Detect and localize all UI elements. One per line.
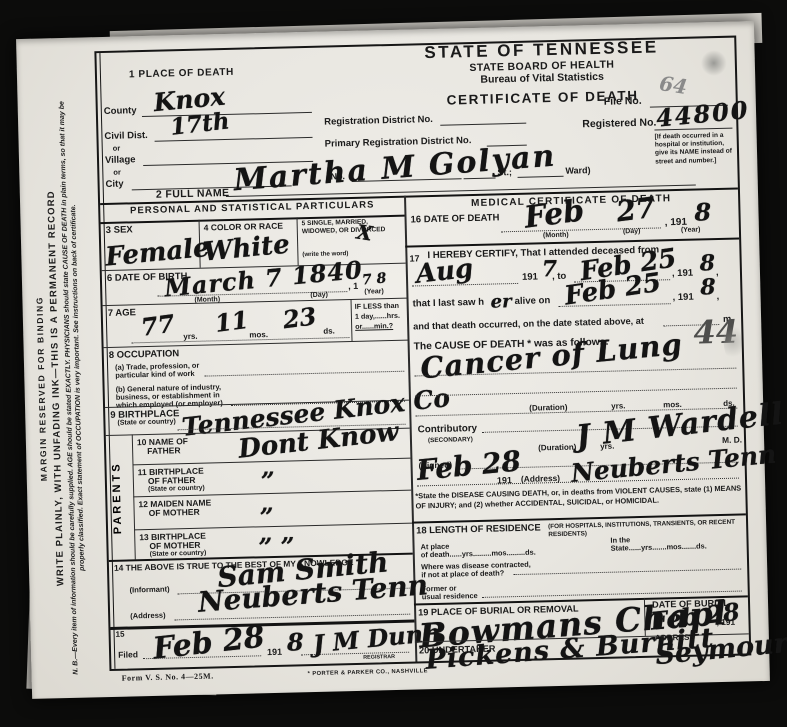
- last-saw-text: that I last saw h: [413, 298, 485, 310]
- less-than-line3: or......min.?: [355, 322, 393, 331]
- filed-year-print: 191: [267, 647, 282, 657]
- cause-line2: [415, 388, 737, 397]
- occupation-a-line: [204, 371, 404, 377]
- violent-causes-note: *State the DISEASE CAUSING DEATH, or, in…: [415, 484, 741, 511]
- occupation-label: 8 OCCUPATION: [109, 349, 180, 361]
- occupation-a-line2: particular kind of work: [115, 370, 194, 380]
- full-name-value: Martha M Golyan: [233, 142, 558, 197]
- dod-label: 16 DATE OF DEATH: [410, 213, 499, 226]
- certificate-form: 1 PLACE OF DEATH County Knox Civil Dist.…: [94, 36, 751, 672]
- birthplace-note: (State or country): [117, 418, 176, 427]
- mother-name-label2: OF MOTHER: [149, 508, 200, 519]
- pencil-mark-64: 64: [658, 73, 689, 97]
- ward-label: Ward): [565, 165, 590, 176]
- duration-label-2: (Duration): [538, 444, 576, 454]
- residence-note: (FOR HOSPITALS, INSTITUTIONS, TRANSIENTS…: [548, 518, 744, 539]
- county-label: County: [104, 106, 137, 117]
- dod-month-value: Feb: [523, 196, 586, 233]
- from-year-print: 191: [522, 272, 538, 283]
- printer-credit: * PORTER & PARKER CO., NASHVILLE: [308, 668, 428, 677]
- burial-year-print: , 191: [716, 618, 735, 628]
- hospital-note: [If death occurred in a hospital or inst…: [655, 131, 740, 166]
- father-bpl-value: ”: [261, 469, 275, 493]
- certificate-title: CERTIFICATE OF DEATH: [397, 86, 687, 108]
- dod-year-label: (Year): [681, 226, 701, 234]
- to-year-hand: 8: [699, 252, 715, 274]
- sex-value: Female: [104, 235, 210, 271]
- in-the-line2: State......yrs.......mos.......ds.: [611, 542, 707, 553]
- binding-margin-text: MARGIN RESERVED FOR BINDING WRITE PLAINL…: [29, 88, 90, 689]
- age-ds-value: 23: [282, 304, 318, 332]
- dod-day-label: (Day): [623, 228, 641, 236]
- state-header-block: STATE OF TENNESSEE STATE BOARD OF HEALTH…: [396, 37, 687, 109]
- registration-district-line: [440, 123, 526, 126]
- contracted-line: [513, 569, 741, 576]
- to-comma: ,: [716, 268, 719, 279]
- filed-num: 15: [116, 631, 125, 640]
- age-ds-label: ds.: [323, 327, 335, 336]
- father-name-label2: FATHER: [147, 446, 181, 456]
- registered-no-label: Registered No.: [582, 117, 656, 131]
- her-hand-value: er: [490, 293, 511, 312]
- contributory-label: Contributory: [418, 424, 478, 436]
- marital-label: 5 SINGLE, MARRIED, WIDOWED, OR DIVORCED: [302, 218, 388, 237]
- form-number: Form V. S. No. 4—25M.: [122, 672, 214, 683]
- alive-on-text: alive on: [514, 296, 550, 308]
- less-than-line2: 1 day,......hrs.: [355, 312, 400, 321]
- ward-line: [518, 176, 564, 178]
- less-than-line1: IF LESS than: [355, 302, 400, 311]
- occurred-text: and that death occurred, on the date sta…: [413, 316, 644, 332]
- civil-dist-label: Civil Dist.: [104, 131, 148, 143]
- residence-label: 18 LENGTH OF RESIDENCE: [416, 522, 541, 536]
- dod-day-value: 27: [615, 194, 657, 227]
- filed-label: Filed: [118, 650, 138, 660]
- registrar-label: REGISTRAR: [363, 654, 395, 661]
- race-marital-divider: [296, 217, 298, 265]
- last-year-hand: 8: [700, 276, 716, 298]
- filed-year-hand: 8: [287, 630, 304, 654]
- marital-value: X: [355, 222, 373, 244]
- city-label: City: [106, 180, 124, 191]
- last-comma: ,: [716, 292, 719, 303]
- attended-from-value: Aug: [415, 256, 475, 288]
- dod-year-hand: 8: [694, 200, 711, 224]
- age-mos-value: 11: [214, 308, 250, 336]
- or-label-2: or: [113, 169, 121, 178]
- age-less-divider: [350, 299, 352, 341]
- contracted-line2: if not at place of death?: [421, 569, 504, 579]
- duration-yrs-2: yrs.: [600, 443, 614, 452]
- civil-dist-value: 17th: [169, 109, 231, 138]
- age-yrs-value: 77: [140, 312, 176, 340]
- informant-label: (Informant): [129, 586, 169, 595]
- father-bpl-note: (State or country): [148, 485, 205, 494]
- village-label: Village: [105, 155, 136, 166]
- file-no-label: File No.: [604, 96, 642, 109]
- sex-label: 3 SEX: [106, 225, 133, 236]
- dob-year-label: (Year): [364, 288, 384, 296]
- scanned-death-certificate: { "margin": { "binding": "MARGIN RESERVE…: [0, 0, 787, 727]
- dob-year-print: , 1: [348, 281, 358, 291]
- age-label: 7 AGE: [108, 308, 136, 319]
- to-year-print: , 191: [672, 269, 693, 280]
- place-of-death-heading: 1 PLACE OF DEATH: [129, 67, 234, 81]
- last-year-print: , 191: [672, 293, 693, 304]
- registered-no-value: 44800: [655, 98, 750, 131]
- parents-side-label: PARENTS: [110, 435, 125, 561]
- dod-month-label: (Month): [543, 232, 569, 240]
- informant-address-label: (Address): [130, 612, 166, 621]
- certificate-paper: MARGIN RESERVED FOR BINDING WRITE PLAINL…: [16, 21, 770, 699]
- secondary-note: (SECONDARY): [428, 436, 473, 444]
- or-label-1: or: [113, 145, 121, 154]
- dob-day-label: (Day): [310, 292, 328, 300]
- registration-district-label: Registration District No.: [324, 115, 433, 128]
- former-line2: usual residence: [422, 592, 478, 602]
- at-place-line2: of death......yrs.........mos.........ds…: [421, 549, 536, 560]
- race-value: White: [202, 232, 291, 266]
- dob-year-hand: 7 8: [361, 271, 387, 287]
